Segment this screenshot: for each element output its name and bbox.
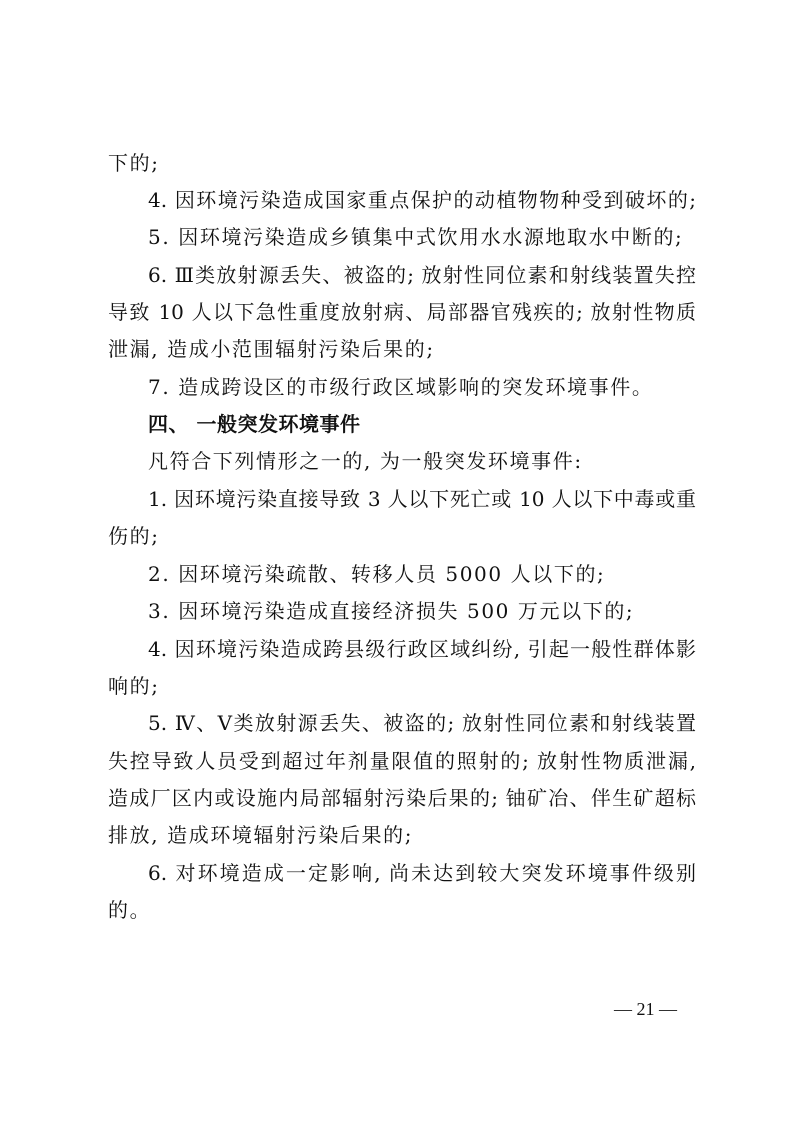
text-line-general-item-4-end: 响的;	[108, 673, 696, 699]
text-line-item-5: 5. 因环境污染造成乡镇集中式饮用水水源地取水中断的;	[148, 224, 696, 250]
text-line-item-6-cont: 导致 10 人以下急性重度放射病、局部器官残疾的; 放射性物质	[108, 299, 696, 325]
text-line-general-item-4: 4. 因环境污染造成跨县级行政区域纠纷, 引起一般性群体影	[148, 636, 696, 662]
text-line-general-item-1-end: 伤的;	[108, 523, 696, 549]
document-page: 下的; 4. 因环境污染造成国家重点保护的动植物物种受到破坏的; 5. 因环境污…	[0, 0, 794, 1123]
text-line-general-item-3: 3. 因环境污染造成直接经济损失 500 万元以下的;	[148, 598, 696, 624]
text-line-general-item-5-cont1: 失控导致人员受到超过年剂量限值的照射的; 放射性物质泄漏,	[108, 748, 696, 774]
text-line-item-6-end: 泄漏, 造成小范围辐射污染后果的;	[108, 336, 696, 362]
text-line-general-item-6-end: 的。	[108, 897, 696, 923]
text-line-general-item-1: 1. 因环境污染直接导致 3 人以下死亡或 10 人以下中毒或重	[148, 486, 696, 512]
text-line-item-4: 4. 因环境污染造成国家重点保护的动植物物种受到破坏的;	[148, 187, 696, 213]
text-line-general-item-6: 6. 对环境造成一定影响, 尚未达到较大突发环境事件级别	[148, 860, 696, 886]
text-line-general-item-2: 2. 因环境污染疏散、转移人员 5000 人以下的;	[148, 561, 696, 587]
text-line-general-item-5: 5. Ⅳ、Ⅴ类放射源丢失、被盗的; 放射性同位素和射线装置	[148, 710, 696, 736]
text-line-item-6: 6. Ⅲ类放射源丢失、被盗的; 放射性同位素和射线装置失控	[148, 262, 696, 288]
section-intro: 凡符合下列情形之一的, 为一般突发环境事件:	[148, 448, 696, 474]
section-heading-general-incident: 四、 一般突发环境事件	[148, 411, 696, 437]
text-line-general-item-5-end: 排放, 造成环境辐射污染后果的;	[108, 822, 696, 848]
text-line-item-7: 7. 造成跨设区的市级行政区域影响的突发环境事件。	[148, 374, 696, 400]
page-number: — 21 —	[614, 997, 704, 1021]
text-line-general-item-5-cont2: 造成厂区内或设施内局部辐射污染后果的; 铀矿冶、伴生矿超标	[108, 785, 696, 811]
text-line-continuation: 下的;	[108, 150, 696, 176]
